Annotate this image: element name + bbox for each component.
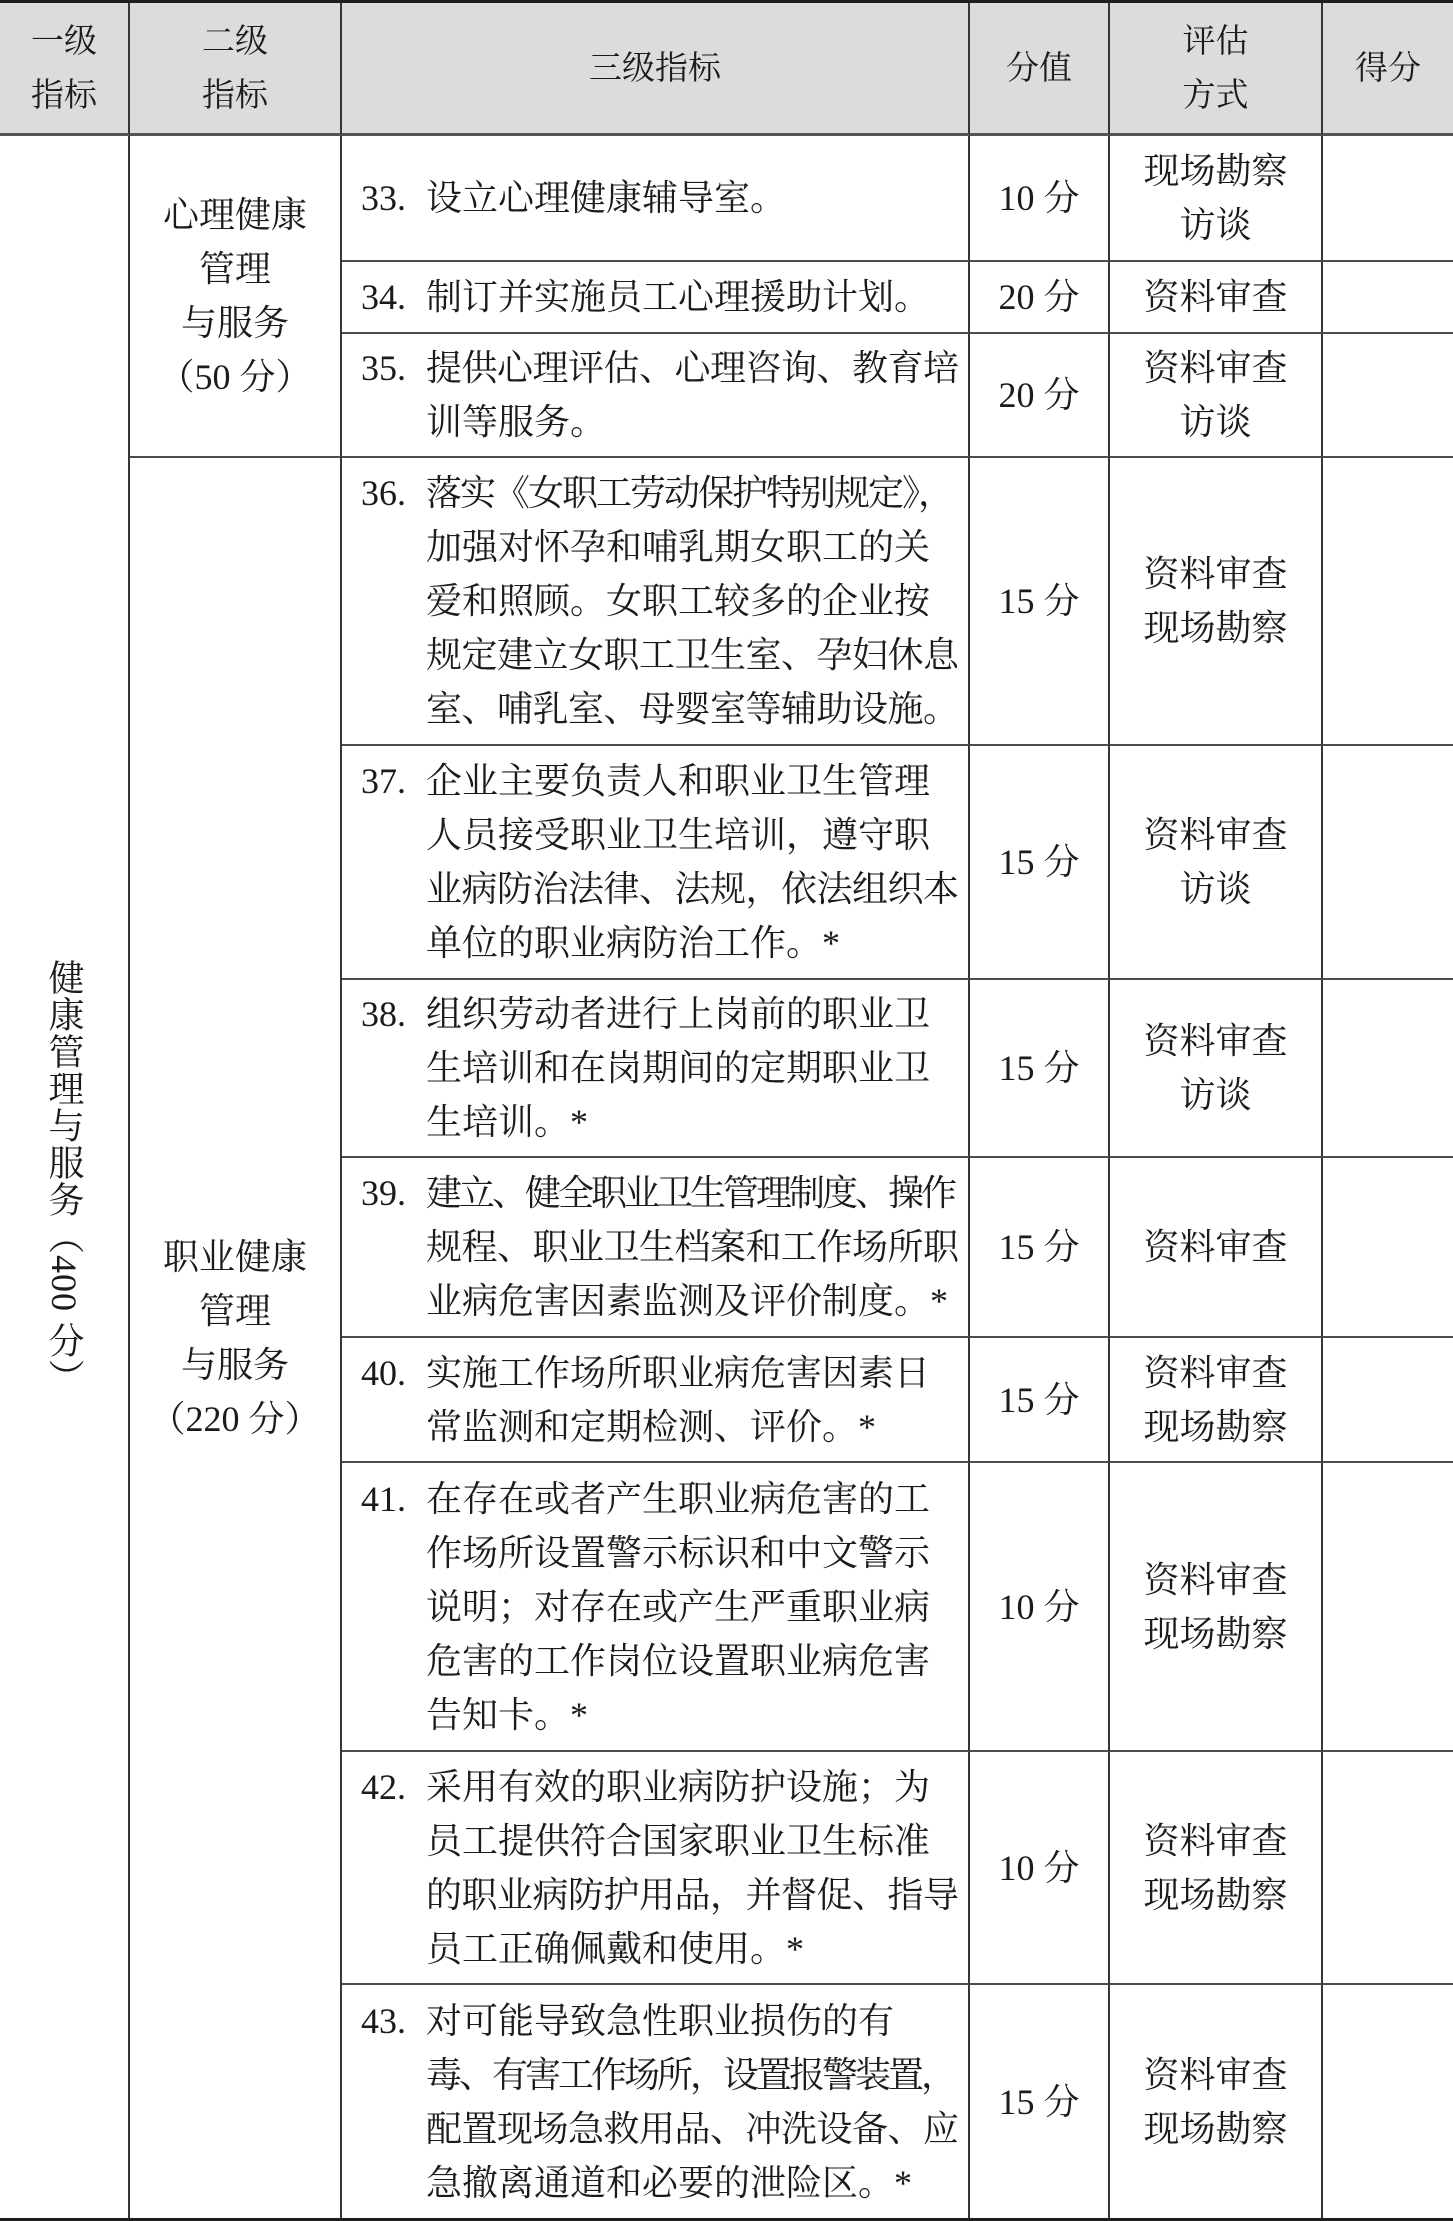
method-cell: 资料审查 — [1110, 262, 1323, 334]
method-value: 资料审查 现场勘察 — [1143, 1346, 1287, 1454]
score-value: 15 分 — [998, 835, 1079, 889]
text-line: 爱和照顾。女职工较多的企业按 — [426, 574, 958, 628]
score-value: 15 分 — [998, 2075, 1079, 2129]
method-value: 资料审查 访谈 — [1143, 1014, 1287, 1122]
method-value: 资料审查 现场勘察 — [1143, 1553, 1287, 1661]
score-cell: 10 分 — [970, 136, 1110, 262]
text-line: 规定建立女职工卫生室、孕妇休息 — [426, 628, 958, 682]
result-cell — [1323, 458, 1453, 746]
text-line: 提供心理评估、心理咨询、教育培 — [426, 341, 958, 395]
indicator-cell: 41.在存在或者产生职业病危害的工作场所设置警示标识和中文警示说明；对存在或产生… — [342, 1463, 970, 1752]
text-line: 设立心理健康辅导室。 — [426, 171, 958, 225]
score-cell: 20 分 — [970, 262, 1110, 334]
indicator-number: 39. — [361, 1166, 426, 1220]
indicator-text: 采用有效的职业病防护设施；为员工提供符合国家职业卫生标准的职业病防护用品，并督促… — [426, 1760, 958, 1976]
indicator-number: 38. — [361, 987, 426, 1041]
indicator-text: 设立心理健康辅导室。 — [426, 171, 958, 225]
indicator-text: 组织劳动者进行上岗前的职业卫生培训和在岗期间的定期职业卫生培训。* — [426, 987, 958, 1149]
indicator-cell: 35.提供心理评估、心理咨询、教育培训等服务。 — [342, 334, 970, 458]
header-level2-label: 二级 指标 — [202, 14, 268, 122]
score-value: 15 分 — [998, 1220, 1079, 1274]
result-cell — [1323, 1463, 1453, 1752]
text-line: 常监测和定期检测、评价。* — [426, 1400, 958, 1454]
table-row: 35.提供心理评估、心理咨询、教育培训等服务。 — [361, 341, 958, 449]
indicator-cell: 34.制订并实施员工心理援助计划。 — [342, 262, 970, 334]
method-cell: 资料审查 现场勘察 — [1110, 1463, 1323, 1752]
method-value: 资料审查 访谈 — [1143, 341, 1287, 449]
text-line: 企业主要负责人和职业卫生管理 — [426, 754, 958, 808]
method-cell: 资料审查 — [1110, 1158, 1323, 1338]
score-value: 15 分 — [998, 1041, 1079, 1095]
method-value: 资料审查 现场勘察 — [1143, 547, 1287, 655]
score-cell: 10 分 — [970, 1752, 1110, 1985]
header-level2: 二级 指标 — [130, 3, 342, 136]
table-row: 38.组织劳动者进行上岗前的职业卫生培训和在岗期间的定期职业卫生培训。* — [361, 987, 958, 1149]
method-value: 资料审查 — [1143, 270, 1287, 324]
indicator-cell: 33.设立心理健康辅导室。 — [342, 136, 970, 262]
score-cell: 15 分 — [970, 1158, 1110, 1338]
level2-label: 心理健康 管理 与服务 （50 分） — [158, 188, 311, 404]
text-line: 的职业病防护用品，并督促、指导 — [426, 1868, 958, 1922]
indicator-number: 34. — [361, 270, 426, 324]
indicator-cell: 39.建立、健全职业卫生管理制度、操作规程、职业卫生档案和工作场所职业病危害因素… — [342, 1158, 970, 1338]
text-line: 业病防治法律、法规，依法组织本 — [426, 862, 958, 916]
result-cell — [1323, 262, 1453, 334]
score-value: 10 分 — [998, 171, 1079, 225]
text-line: 配置现场急救用品、冲洗设备、应 — [426, 2102, 958, 2156]
table-row: 33.设立心理健康辅导室。 — [361, 171, 958, 225]
text-line: 制订并实施员工心理援助计划。 — [426, 270, 958, 324]
text-line: 落实《女职工劳动保护特别规定》， — [426, 466, 958, 520]
score-value: 15 分 — [998, 574, 1079, 628]
method-cell: 资料审查 访谈 — [1110, 746, 1323, 980]
text-line: 人员接受职业卫生培训，遵守职 — [426, 808, 958, 862]
method-cell: 资料审查 访谈 — [1110, 980, 1323, 1158]
indicator-number: 42. — [361, 1760, 426, 1814]
text-line: 告知卡。* — [426, 1688, 958, 1742]
score-cell: 15 分 — [970, 458, 1110, 746]
header-score: 分值 — [970, 3, 1110, 136]
level1-label: 健康管理与服务（400 分） — [44, 959, 84, 1396]
method-value: 现场勘察 访谈 — [1143, 144, 1287, 252]
method-cell: 资料审查 现场勘察 — [1110, 1338, 1323, 1463]
text-line: 加强对怀孕和哺乳期女职工的关 — [426, 520, 958, 574]
indicator-text: 落实《女职工劳动保护特别规定》，加强对怀孕和哺乳期女职工的关爱和照顾。女职工较多… — [426, 466, 958, 736]
method-value: 资料审查 现场勘察 — [1143, 1814, 1287, 1922]
indicator-number: 37. — [361, 754, 426, 808]
indicator-number: 43. — [361, 1994, 426, 2048]
table-row: 39.建立、健全职业卫生管理制度、操作规程、职业卫生档案和工作场所职业病危害因素… — [361, 1166, 958, 1328]
result-cell — [1323, 746, 1453, 980]
score-value: 20 分 — [998, 270, 1079, 324]
indicator-cell: 43.对可能导致急性职业损伤的有毒、有害工作场所，设置报警装置，配置现场急救用品… — [342, 1985, 970, 2218]
text-line: 训等服务。 — [426, 395, 958, 449]
table-row: 36.落实《女职工劳动保护特别规定》，加强对怀孕和哺乳期女职工的关爱和照顾。女职… — [361, 466, 958, 736]
result-cell — [1323, 1985, 1453, 2218]
indicator-number: 33. — [361, 171, 426, 225]
score-value: 10 分 — [998, 1580, 1079, 1634]
method-cell: 资料审查 现场勘察 — [1110, 1752, 1323, 1985]
indicator-text: 在存在或者产生职业病危害的工作场所设置警示标识和中文警示说明；对存在或产生严重职… — [426, 1472, 958, 1742]
table-row: 42.采用有效的职业病防护设施；为员工提供符合国家职业卫生标准的职业病防护用品，… — [361, 1760, 958, 1976]
text-line: 作场所设置警示标识和中文警示 — [426, 1526, 958, 1580]
indicator-text: 提供心理评估、心理咨询、教育培训等服务。 — [426, 341, 958, 449]
indicator-cell: 40.实施工作场所职业病危害因素日常监测和定期检测、评价。* — [342, 1338, 970, 1463]
score-cell: 15 分 — [970, 1985, 1110, 2218]
table-row: 37.企业主要负责人和职业卫生管理人员接受职业卫生培训，遵守职业病防治法律、法规… — [361, 754, 958, 970]
indicator-number: 40. — [361, 1346, 426, 1400]
score-cell: 15 分 — [970, 980, 1110, 1158]
table-row: 43.对可能导致急性职业损伤的有毒、有害工作场所，设置报警装置，配置现场急救用品… — [361, 1994, 958, 2210]
header-score-label: 分值 — [1006, 41, 1072, 95]
text-line: 员工提供符合国家职业卫生标准 — [426, 1814, 958, 1868]
result-cell — [1323, 1158, 1453, 1338]
text-line: 实施工作场所职业病危害因素日 — [426, 1346, 958, 1400]
indicator-cell: 37.企业主要负责人和职业卫生管理人员接受职业卫生培训，遵守职业病防治法律、法规… — [342, 746, 970, 980]
text-line: 组织劳动者进行上岗前的职业卫 — [426, 987, 958, 1041]
indicator-cell: 36.落实《女职工劳动保护特别规定》，加强对怀孕和哺乳期女职工的关爱和照顾。女职… — [342, 458, 970, 746]
method-value: 资料审查 访谈 — [1143, 808, 1287, 916]
text-line: 业病危害因素监测及评价制度。* — [426, 1274, 958, 1328]
level2-cell-occupational-health: 职业健康 管理 与服务 （220 分） — [130, 458, 342, 2218]
header-level1-label: 一级 指标 — [31, 14, 97, 122]
text-line: 室、哺乳室、母婴室等辅助设施。 — [426, 682, 958, 736]
score-cell: 15 分 — [970, 746, 1110, 980]
header-level3-label: 三级指标 — [589, 41, 721, 95]
text-line: 采用有效的职业病防护设施；为 — [426, 1760, 958, 1814]
text-line: 生培训和在岗期间的定期职业卫 — [426, 1041, 958, 1095]
level2-cell-mental-health: 心理健康 管理 与服务 （50 分） — [130, 136, 342, 458]
score-cell: 20 分 — [970, 334, 1110, 458]
score-value: 20 分 — [998, 368, 1079, 422]
method-cell: 资料审查 现场勘察 — [1110, 1985, 1323, 2218]
result-cell — [1323, 1338, 1453, 1463]
text-line: 规程、职业卫生档案和工作场所职 — [426, 1220, 958, 1274]
header-level3: 三级指标 — [342, 3, 970, 136]
indicator-number: 35. — [361, 341, 426, 395]
score-cell: 15 分 — [970, 1338, 1110, 1463]
text-line: 员工正确佩戴和使用。* — [426, 1922, 958, 1976]
result-cell — [1323, 334, 1453, 458]
table-row: 41.在存在或者产生职业病危害的工作场所设置警示标识和中文警示说明；对存在或产生… — [361, 1472, 958, 1742]
method-cell: 现场勘察 访谈 — [1110, 136, 1323, 262]
level2-label: 职业健康 管理 与服务 （220 分） — [149, 1230, 320, 1446]
indicator-text: 对可能导致急性职业损伤的有毒、有害工作场所，设置报警装置，配置现场急救用品、冲洗… — [426, 1994, 958, 2210]
method-value: 资料审查 — [1143, 1220, 1287, 1274]
indicator-cell: 42.采用有效的职业病防护设施；为员工提供符合国家职业卫生标准的职业病防护用品，… — [342, 1752, 970, 1985]
header-level1: 一级 指标 — [0, 3, 130, 136]
result-cell — [1323, 136, 1453, 262]
result-cell — [1323, 1752, 1453, 1985]
text-line: 毒、有害工作场所，设置报警装置， — [426, 2048, 958, 2102]
header-method-label: 评估 方式 — [1183, 14, 1249, 122]
header-result: 得分 — [1323, 3, 1453, 136]
table-row: 40.实施工作场所职业病危害因素日常监测和定期检测、评价。* — [361, 1346, 958, 1454]
text-line: 建立、健全职业卫生管理制度、操作 — [426, 1166, 958, 1220]
text-line: 说明；对存在或产生严重职业病 — [426, 1580, 958, 1634]
text-line: 在存在或者产生职业病危害的工 — [426, 1472, 958, 1526]
result-cell — [1323, 980, 1453, 1158]
evaluation-table: 一级 指标 二级 指标 三级指标 分值 评估 方式 得分 健康管理与服务（400… — [0, 0, 1453, 2221]
method-value: 资料审查 现场勘察 — [1143, 2048, 1287, 2156]
table-row: 34.制订并实施员工心理援助计划。 — [361, 270, 958, 324]
score-value: 15 分 — [998, 1373, 1079, 1427]
score-cell: 10 分 — [970, 1463, 1110, 1752]
text-line: 危害的工作岗位设置职业病危害 — [426, 1634, 958, 1688]
text-line: 单位的职业病防治工作。* — [426, 916, 958, 970]
indicator-number: 41. — [361, 1472, 426, 1526]
text-line: 生培训。* — [426, 1095, 958, 1149]
indicator-cell: 38.组织劳动者进行上岗前的职业卫生培训和在岗期间的定期职业卫生培训。* — [342, 980, 970, 1158]
indicator-text: 建立、健全职业卫生管理制度、操作规程、职业卫生档案和工作场所职业病危害因素监测及… — [426, 1166, 958, 1328]
score-value: 10 分 — [998, 1841, 1079, 1895]
text-line: 急撤离通道和必要的泄险区。* — [426, 2156, 958, 2210]
level1-cell: 健康管理与服务（400 分） — [0, 136, 130, 2218]
indicator-number: 36. — [361, 466, 426, 520]
text-line: 对可能导致急性职业损伤的有 — [426, 1994, 958, 2048]
indicator-text: 实施工作场所职业病危害因素日常监测和定期检测、评价。* — [426, 1346, 958, 1454]
method-cell: 资料审查 现场勘察 — [1110, 458, 1323, 746]
indicator-text: 制订并实施员工心理援助计划。 — [426, 270, 958, 324]
method-cell: 资料审查 访谈 — [1110, 334, 1323, 458]
indicator-text: 企业主要负责人和职业卫生管理人员接受职业卫生培训，遵守职业病防治法律、法规，依法… — [426, 754, 958, 970]
header-method: 评估 方式 — [1110, 3, 1323, 136]
header-result-label: 得分 — [1355, 41, 1421, 95]
